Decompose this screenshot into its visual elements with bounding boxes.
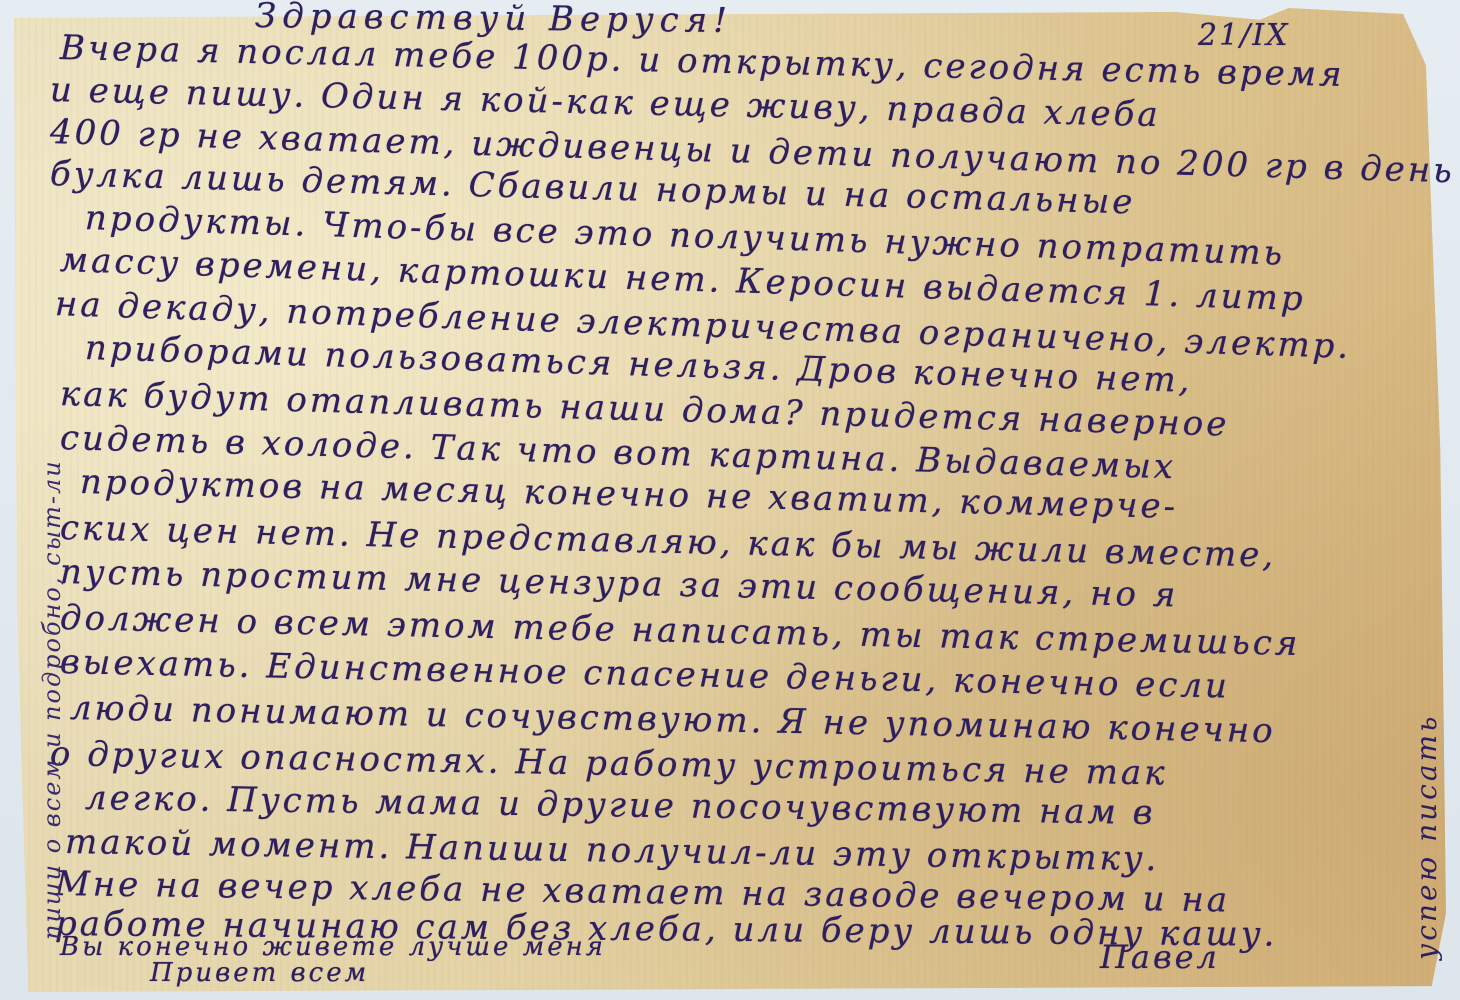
letter-date: 21/IX xyxy=(1198,18,1290,53)
letter-closing: Привет всем xyxy=(150,958,369,988)
margin-note-right: успею писать xyxy=(1410,714,1443,960)
margin-note-left: пиши о всем и подробно, сыт-ли xyxy=(38,459,66,940)
letter-signature: Павел xyxy=(1100,938,1220,976)
